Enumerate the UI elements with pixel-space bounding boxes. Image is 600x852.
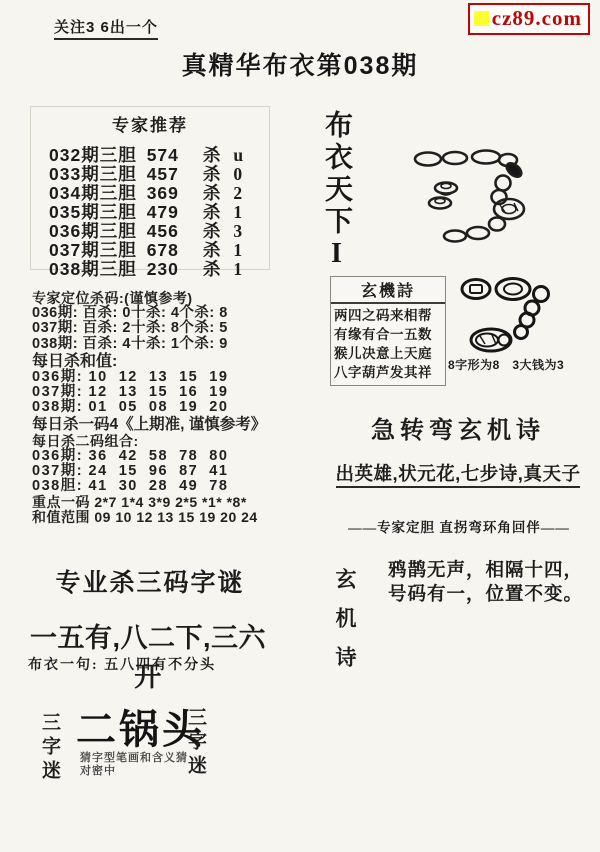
row-value: 230 (147, 260, 179, 279)
expert-recommend-box: 专家推荐 032期三胆574杀u 033期三胆457杀0 034期三胆369杀2… (30, 106, 270, 270)
row-kill-label: 杀 (203, 260, 222, 279)
mystery-poem-title: 玄機詩 (331, 277, 445, 304)
row-kill-value: u (233, 146, 244, 165)
row-kill-value: 1 (233, 241, 243, 260)
daily-sum-kill-line: 036期: 10 12 13 15 19 (32, 370, 294, 385)
row-period: 037期三胆 (49, 241, 137, 260)
mystery-poem-box: 玄機詩 两四之码来相帮 有缘有合一五数 猴儿决意上天庭 八字葫芦发其祥 (330, 276, 446, 386)
row-period: 033期三胆 (49, 165, 137, 184)
table-row: 037期三胆678杀1 (49, 241, 269, 260)
row-kill-label: 杀 (203, 241, 222, 260)
row-value: 479 (147, 203, 179, 222)
daily-sum-kill-heading: 每日杀和值: (32, 353, 294, 370)
sharp-turn-poem-text: 出英雄,状元花,七步诗,真天子 (336, 463, 581, 488)
mystery-poem-text-line: 鸦鹊无声，相隔十四， (388, 558, 583, 582)
row-kill-value: 3 (233, 222, 243, 241)
oval-chain-figure-icon (408, 143, 543, 245)
riddle-hint-line: 对密中 (80, 765, 188, 778)
mystery-poem-line: 八字葫芦发其祥 (331, 363, 445, 382)
row-period: 036期三胆 (49, 222, 137, 241)
table-row: 032期三胆574杀u (49, 146, 269, 165)
row-kill-value: 0 (233, 165, 243, 184)
row-value: 456 (147, 222, 179, 241)
three-char-riddle-label-right: 三字迷 (182, 707, 209, 779)
expert-fixed-gall-line: ——专家定胆 直拐弯环角回伴—— (330, 516, 588, 536)
three-char-riddle-label-left: 三字迷 (36, 712, 63, 784)
key-code-line: 重点一码 2*7 1*4 3*9 2*5 *1* *8* (32, 495, 294, 511)
attention-note: 关注3 6出一个 (54, 16, 158, 40)
buyi-tianxia-vertical-title: 布衣天下I (316, 110, 356, 273)
riddle-hint-note: 猜字型笔画和含义猜 对密中 (80, 752, 188, 778)
kill-pos-line: 038期: 百杀: 4十杀: 1个杀: 9 (32, 337, 294, 352)
kill-three-riddle-title: 专业杀三码字谜 (30, 563, 270, 599)
table-row: 033期三胆457杀0 (49, 165, 269, 184)
row-kill-value: 1 (233, 260, 243, 279)
sharp-turn-poem-line: 出英雄,状元花,七步诗,真天子 (326, 460, 590, 486)
row-kill-value: 2 (233, 184, 243, 203)
row-kill-value: 1 (233, 203, 243, 222)
kill-pos-line: 036期: 百杀: 0十杀: 4个杀: 8 (32, 306, 294, 321)
table-row: 034期三胆369杀2 (49, 184, 269, 203)
buyi-sentence: 布衣一句: 五八四有不分头 (28, 654, 216, 674)
daily-two-code-line: 038胆: 41 30 28 49 78 (32, 479, 294, 494)
coin-figure-caption: 8字形为8 3大钱为3 (448, 356, 564, 373)
row-kill-label: 杀 (203, 222, 222, 241)
row-period: 038期三胆 (49, 260, 137, 279)
row-period: 032期三胆 (49, 146, 137, 165)
row-kill-label: 杀 (203, 165, 222, 184)
daily-sum-kill-line: 038期: 01 05 08 19 20 (32, 400, 294, 415)
table-row: 035期三胆479杀1 (49, 203, 269, 222)
expert-recommend-title: 专家推荐 (31, 111, 269, 136)
row-period: 035期三胆 (49, 203, 137, 222)
row-kill-label: 杀 (203, 184, 222, 203)
site-logo[interactable]: cz89.com (468, 3, 590, 35)
table-row: 036期三胆456杀3 (49, 222, 269, 241)
sharp-turn-poem-title: 急转弯玄机诗 (330, 410, 586, 445)
kill-position-section: 专家定位杀码:(谨慎参考) 036期: 百杀: 0十杀: 4个杀: 8 037期… (32, 290, 294, 526)
page-title: 真精华布衣第038期 (0, 46, 600, 82)
coin-chain-figure-icon (458, 276, 572, 356)
row-value: 457 (147, 165, 179, 184)
row-period: 034期三胆 (49, 184, 137, 203)
kill-pos-line: 037期: 百杀: 2十杀: 8个杀: 5 (32, 321, 294, 336)
kill-heading: 专家定位杀码:(谨慎参考) (32, 290, 294, 306)
table-row: 038期三胆230杀1 (49, 260, 269, 279)
row-kill-label: 杀 (203, 146, 222, 165)
yellow-square-icon (474, 11, 489, 26)
daily-one-code-line: 每日杀一码4《上期准, 谨慎参考》 (32, 416, 294, 433)
expert-recommend-rows: 032期三胆574杀u 033期三胆457杀0 034期三胆369杀2 035期… (49, 146, 269, 279)
mystery-poem-line: 猴儿决意上天庭 (331, 344, 445, 363)
daily-two-code-heading: 每日杀二码组合: (32, 433, 294, 449)
row-value: 574 (147, 146, 179, 165)
riddle-hint-line: 猜字型笔画和含义猜 (80, 752, 188, 765)
site-logo-text: cz89.com (492, 6, 582, 31)
mystery-poem-vertical-label: 玄机诗 (330, 568, 360, 685)
mystery-poem-line: 有缘有合一五数 (331, 325, 445, 344)
mystery-poem-text: 鸦鹊无声，相隔十四， 号码有一，位置不变。 (388, 558, 583, 606)
row-kill-label: 杀 (203, 203, 222, 222)
daily-two-code-line: 036期: 36 42 58 78 80 (32, 449, 294, 464)
mystery-poem-text-line: 号码有一，位置不变。 (388, 582, 583, 606)
lottery-sheet-page: 关注3 6出一个 cz89.com 真精华布衣第038期 专家推荐 032期三胆… (0, 0, 600, 852)
sum-range-line: 和值范围 09 10 12 13 15 19 20 24 (32, 510, 294, 526)
mystery-poem-line: 两四之码来相帮 (331, 306, 445, 325)
row-value: 369 (147, 184, 179, 203)
row-value: 678 (147, 241, 179, 260)
